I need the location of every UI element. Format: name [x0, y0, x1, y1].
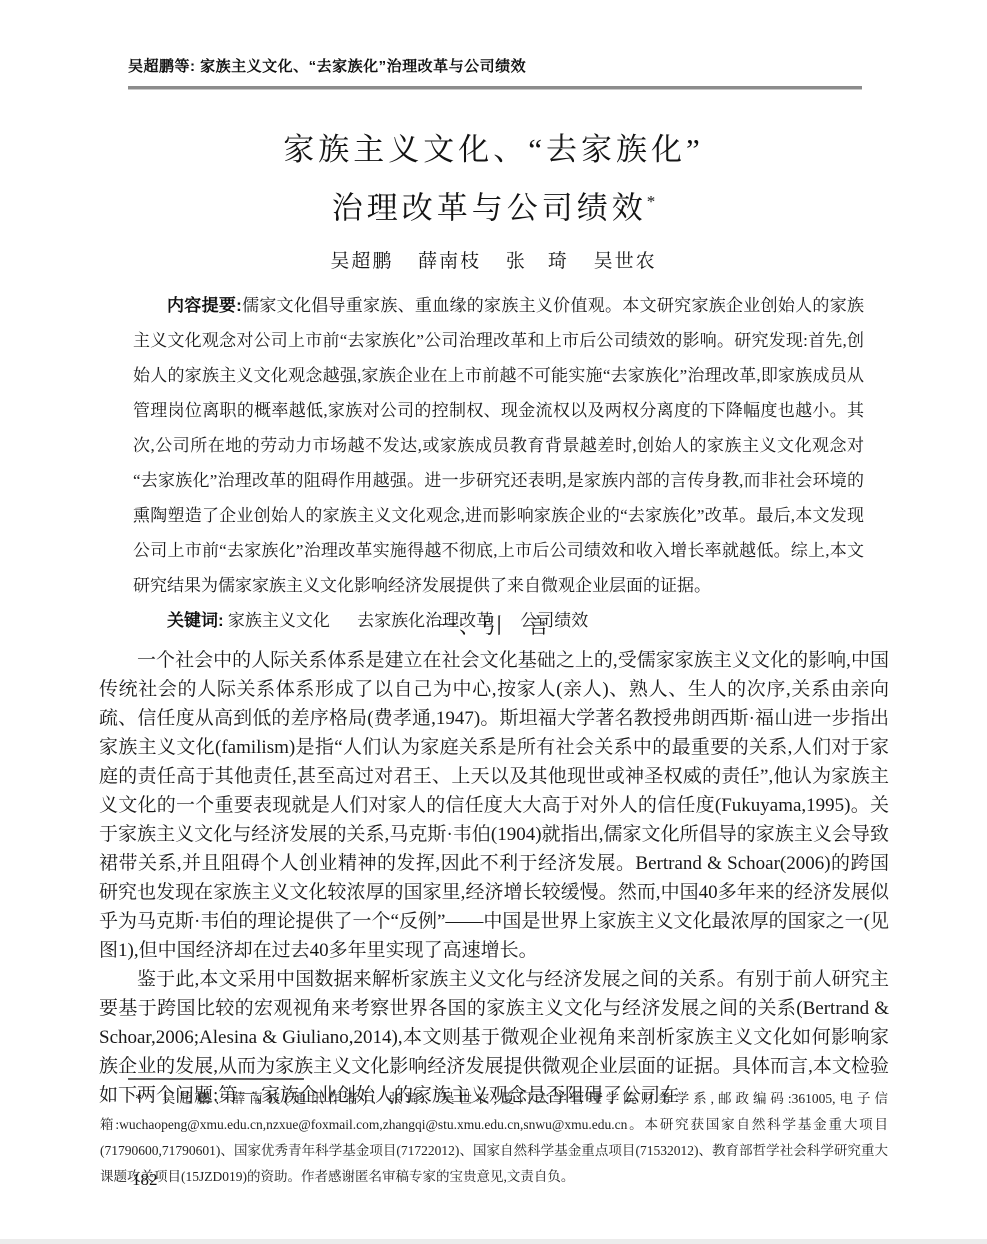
- article-title: 家族主义文化、“去家族化”治理改革与公司绩效*: [0, 124, 987, 234]
- abstract-text: 儒家文化倡导重家族、重血缘的家族主义价值观。本文研究家族企业创始人的家族主义文化…: [133, 296, 864, 595]
- footnote-text: 吴超鹏、薛南枝(通讯作者)、张琦、吴世农,厦门大学管理学院财务学系,邮政编码:3…: [100, 1091, 888, 1184]
- intro-paragraph-1: 一个社会中的人际关系体系是建立在社会文化基础之上的,受儒家家族主义文化的影响,中…: [99, 646, 889, 965]
- footnote: *吴超鹏、薛南枝(通讯作者)、张琦、吴世农,厦门大学管理学院财务学系,邮政编码:…: [100, 1086, 888, 1190]
- section-heading-introduction: 一、引 言: [0, 610, 987, 640]
- author-name: 吴世农: [594, 251, 657, 272]
- footnote-separator-rule: [128, 1078, 304, 1080]
- introduction-body: 一个社会中的人际关系体系是建立在社会文化基础之上的,受儒家家族主义文化的影响,中…: [99, 646, 889, 1110]
- title-footnote-marker: *: [647, 192, 656, 211]
- paper-page: 吴超鹏等: 家族主义文化、“去家族化”治理改革与公司绩效 家族主义文化、“去家族…: [0, 0, 987, 1244]
- author-list: 吴超鹏 薛南枝 张 琦 吴世农: [0, 246, 987, 273]
- article-title-line1: 家族主义文化、“去家族化”: [283, 132, 704, 167]
- abstract-label: 内容提要:: [167, 296, 242, 315]
- page-number: 182: [132, 1170, 158, 1190]
- author-name: 吴超鹏: [330, 251, 393, 272]
- author-name: 薛南枝: [418, 251, 481, 272]
- article-title-line2: 治理改革与公司绩效: [332, 190, 647, 225]
- abstract-paragraph: 内容提要:儒家文化倡导重家族、重血缘的家族主义价值观。本文研究家族企业创始人的家…: [133, 288, 864, 603]
- page-bottom-edge: [0, 1239, 987, 1244]
- footnote-marker: *: [135, 1091, 158, 1106]
- abstract-block: 内容提要:儒家文化倡导重家族、重血缘的家族主义价值观。本文研究家族企业创始人的家…: [133, 288, 864, 638]
- running-header: 吴超鹏等: 家族主义文化、“去家族化”治理改革与公司绩效: [128, 55, 868, 76]
- author-name: 张 琦: [506, 251, 569, 272]
- header-rule: [128, 86, 862, 90]
